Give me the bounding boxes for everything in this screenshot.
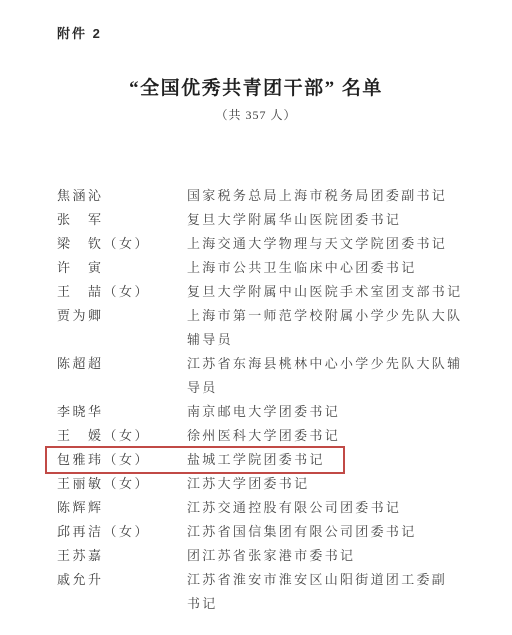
person-position: 盐城工学院团委书记	[187, 448, 499, 472]
person-name: 陈辉辉	[57, 496, 187, 520]
list-item: 许 寅 上海市公共卫生临床中心团委书记	[57, 256, 502, 280]
person-position: 上海交通大学物理与天文学院团委书记	[187, 232, 499, 256]
person-name: 贾为卿	[57, 304, 187, 328]
person-name: 王丽敏（女）	[57, 472, 187, 496]
person-position: 上海市第一师范学校附属小学少先队大队 辅导员	[187, 304, 499, 352]
person-position: 徐州医科大学团委书记	[187, 424, 499, 448]
attachment-label: 附件 2	[57, 23, 102, 42]
list-item-highlighted: 包雅玮（女） 盐城工学院团委书记	[57, 448, 502, 472]
list-item: 焦涵沁 国家税务总局上海市税务局团委副书记	[57, 184, 502, 208]
list-item: 王苏嘉 团江苏省张家港市委书记	[57, 544, 502, 568]
person-name: 陈超超	[57, 352, 187, 376]
person-position: 团江苏省张家港市委书记	[187, 544, 499, 568]
person-name: 张 军	[57, 208, 187, 232]
person-name: 王 媛（女）	[57, 424, 187, 448]
person-name: 王苏嘉	[57, 544, 187, 568]
person-position: 江苏大学团委书记	[187, 472, 499, 496]
page-subtitle: （共 357 人）	[0, 106, 512, 123]
name-list: 焦涵沁 国家税务总局上海市税务局团委副书记 张 军 复旦大学附属华山医院团委书记…	[57, 184, 502, 616]
list-item: 李晓华 南京邮电大学团委书记	[57, 400, 502, 424]
person-name: 包雅玮（女）	[57, 448, 187, 472]
list-item: 贾为卿 上海市第一师范学校附属小学少先队大队 辅导员	[57, 304, 502, 352]
person-position: 上海市公共卫生临床中心团委书记	[187, 256, 499, 280]
person-name: 王 喆（女）	[57, 280, 187, 304]
person-name: 戚允升	[57, 568, 187, 592]
person-position: 江苏交通控股有限公司团委书记	[187, 496, 499, 520]
person-position: 江苏省国信集团有限公司团委书记	[187, 520, 499, 544]
list-item: 王 媛（女） 徐州医科大学团委书记	[57, 424, 502, 448]
list-item: 张 军 复旦大学附属华山医院团委书记	[57, 208, 502, 232]
person-name: 焦涵沁	[57, 184, 187, 208]
list-item: 陈超超 江苏省东海县桃林中心小学少先队大队辅 导员	[57, 352, 502, 400]
list-item: 王丽敏（女） 江苏大学团委书记	[57, 472, 502, 496]
page-title: “全国优秀共青团干部” 名单	[0, 73, 512, 100]
person-position: 南京邮电大学团委书记	[187, 400, 499, 424]
list-item: 陈辉辉 江苏交通控股有限公司团委书记	[57, 496, 502, 520]
person-name: 李晓华	[57, 400, 187, 424]
person-name: 许 寅	[57, 256, 187, 280]
list-item: 王 喆（女） 复旦大学附属中山医院手术室团支部书记	[57, 280, 502, 304]
person-position: 复旦大学附属华山医院团委书记	[187, 208, 499, 232]
person-position: 江苏省淮安市淮安区山阳街道团工委副 书记	[187, 568, 499, 616]
person-position: 江苏省东海县桃林中心小学少先队大队辅 导员	[187, 352, 499, 400]
person-name: 梁 钦（女）	[57, 232, 187, 256]
list-item: 戚允升 江苏省淮安市淮安区山阳街道团工委副 书记	[57, 568, 502, 616]
person-position: 复旦大学附属中山医院手术室团支部书记	[187, 280, 499, 304]
list-item: 梁 钦（女） 上海交通大学物理与天文学院团委书记	[57, 232, 502, 256]
list-item: 邱再洁（女） 江苏省国信集团有限公司团委书记	[57, 520, 502, 544]
person-position: 国家税务总局上海市税务局团委副书记	[187, 184, 499, 208]
person-name: 邱再洁（女）	[57, 520, 187, 544]
